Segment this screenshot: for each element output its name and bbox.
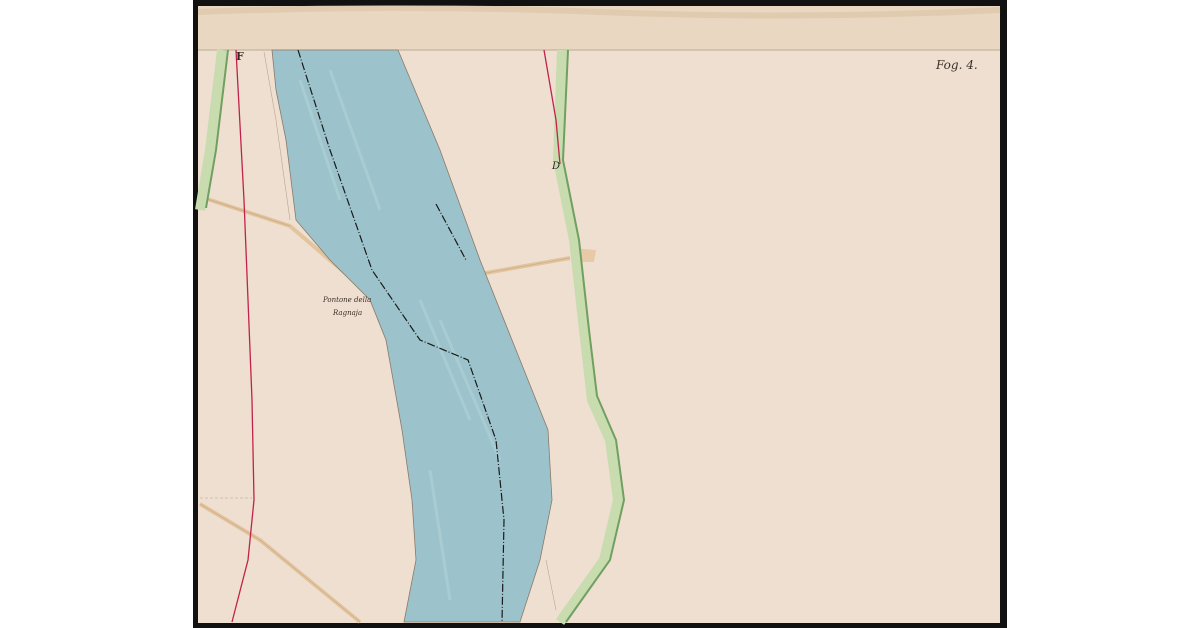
- section-marker-d: D: [552, 161, 560, 172]
- river: [272, 50, 552, 622]
- levee-left: [200, 50, 228, 210]
- sheet-number-label: Fog. 4.: [936, 58, 978, 72]
- levee-right: [558, 50, 624, 622]
- red-boundary-F: [232, 50, 254, 622]
- section-marker-f: F: [236, 50, 244, 63]
- place-name-line1: Pontone della: [323, 296, 371, 304]
- place-name-line2: Ragnaja: [333, 309, 362, 317]
- map-drawing: [0, 0, 1200, 628]
